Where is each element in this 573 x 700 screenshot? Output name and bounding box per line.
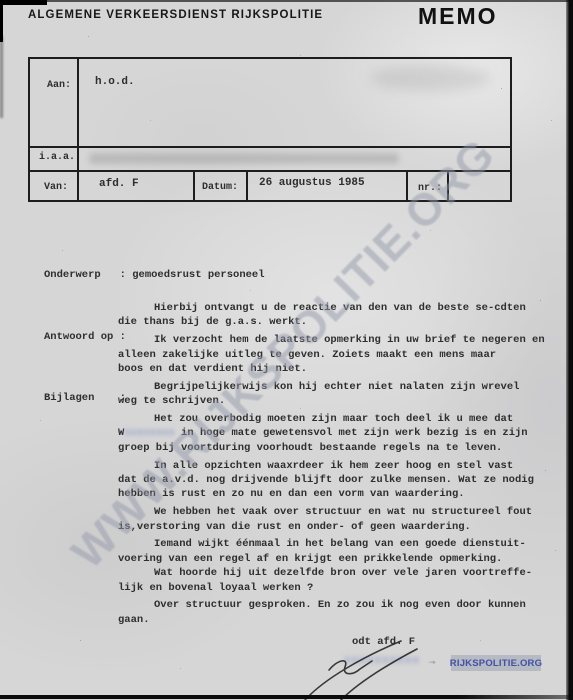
iaa-value — [79, 148, 510, 170]
scan-smudge — [89, 153, 399, 164]
body-line: Begrijpelijkerwijs kon hij echter niet n… — [118, 380, 548, 394]
body-paragraph: Wat hoorde hij uit dezelfde bron over ve… — [118, 566, 548, 595]
body-paragraph: Ik verzocht hem de laatste opmerking in … — [118, 333, 548, 376]
body-line: Het zou overbodig moeten zijn maar toch … — [118, 412, 548, 426]
body-line: groep bij voortduring voorhoudt bestaand… — [118, 441, 548, 455]
aan-value-text: h.o.d. — [95, 76, 135, 88]
redacted-name: xxxxxxxx — [124, 427, 174, 439]
body-paragraph: Hierbij ontvangt u de reactie van den va… — [118, 301, 548, 330]
memo-body: Hierbij ontvangt u de reactie van den va… — [118, 301, 548, 631]
rijkspolitie-org-badge: RIJKSPOLITIE.ORG — [451, 655, 541, 671]
body-paragraph: Over structuur gesproken. En zo zou ik n… — [118, 598, 548, 627]
body-line: Iemand wijkt éénmaal in het belang van e… — [118, 537, 548, 551]
scan-edge-left-smudge — [0, 36, 3, 118]
datum-label: Datum: — [195, 172, 248, 200]
scan-edge-right — [566, 0, 573, 700]
body-line: Over structuur gesproken. En zo zou ik n… — [118, 598, 548, 612]
table-row-aan: Aan: h.o.d. — [30, 59, 510, 148]
body-line: lijk en bovenal loyaal werken ? — [118, 581, 548, 595]
aan-label: Aan: — [30, 59, 79, 146]
scan-edge-bottom — [0, 695, 573, 699]
body-line: In alle opzichten waaxrdeer ik hem zeer … — [118, 459, 548, 473]
body-line: gaan. — [118, 613, 548, 627]
body-line: Hierbij ontvangt u de reactie van den va… — [118, 301, 548, 315]
handwritten-signature — [285, 630, 440, 700]
datum-value: 26 augustus 1985 — [248, 172, 408, 200]
memo-header-table: Aan: h.o.d. i.a.a. Van: afd. F Datum: 26… — [28, 57, 512, 202]
van-value: afd. F — [79, 172, 195, 200]
onderwerp-line: Onderwerp : gemoedsrust personeel — [44, 265, 265, 286]
aan-value: h.o.d. — [79, 59, 510, 146]
scanned-memo-page: ALGEMENE VERKEERSDIENST RIJKSPOLITIE MEM… — [0, 0, 573, 700]
memo-heading: MEMO — [418, 3, 498, 30]
van-label: Van: — [30, 172, 79, 200]
iaa-label: i.a.a. — [30, 148, 79, 170]
body-line: Wxxxxxxxx in hoge mate gewetensvol met z… — [118, 426, 548, 440]
body-line: Wat hoorde hij uit dezelfde bron over ve… — [118, 566, 548, 580]
body-line: boos en dat verdient hij niet. — [118, 362, 548, 376]
body-line: dat de a.v.d. nog drijvende blijft door … — [118, 473, 548, 487]
body-paragraph: Het zou overbodig moeten zijn maar toch … — [118, 412, 548, 455]
body-paragraph: Begrijpelijkerwijs kon hij echter niet n… — [118, 380, 548, 409]
body-line: is,verstoring van die rust en onder- of … — [118, 520, 548, 534]
body-line: die thans bij de g.a.s. werkt. — [118, 315, 548, 329]
body-line: Ik verzocht hem de laatste opmerking in … — [118, 333, 548, 347]
body-line: We hebben het vaak over structuur en wat… — [118, 505, 548, 519]
nr-label: nr.: — [408, 172, 449, 200]
body-line: voering van een regel af en krijgt een p… — [118, 552, 548, 566]
body-line: hebben is rust en zo nu en dan een vorm … — [118, 487, 548, 501]
org-title: ALGEMENE VERKEERSDIENST RIJKSPOLITIE — [28, 9, 323, 21]
nr-value-empty — [449, 172, 510, 200]
table-row-iaa: i.a.a. — [30, 148, 510, 172]
body-line: alleen zakelijke uitleg te geven. Zoiets… — [118, 348, 548, 362]
body-paragraph: We hebben het vaak over structuur en wat… — [118, 505, 548, 534]
scan-edge-top — [0, 0, 573, 2]
body-text-segment: in hoge mate gewetensvol met zijn werk b… — [175, 427, 528, 439]
body-paragraph: Iemand wijkt éénmaal in het belang van e… — [118, 537, 548, 566]
scan-edge-top-corner — [0, 0, 47, 5]
scan-smudge — [370, 65, 490, 91]
table-row-van: Van: afd. F Datum: 26 augustus 1985 nr.: — [30, 172, 510, 200]
body-paragraph: In alle opzichten waaxrdeer ik hem zeer … — [118, 459, 548, 502]
body-line: weg te schrijven. — [118, 394, 548, 408]
